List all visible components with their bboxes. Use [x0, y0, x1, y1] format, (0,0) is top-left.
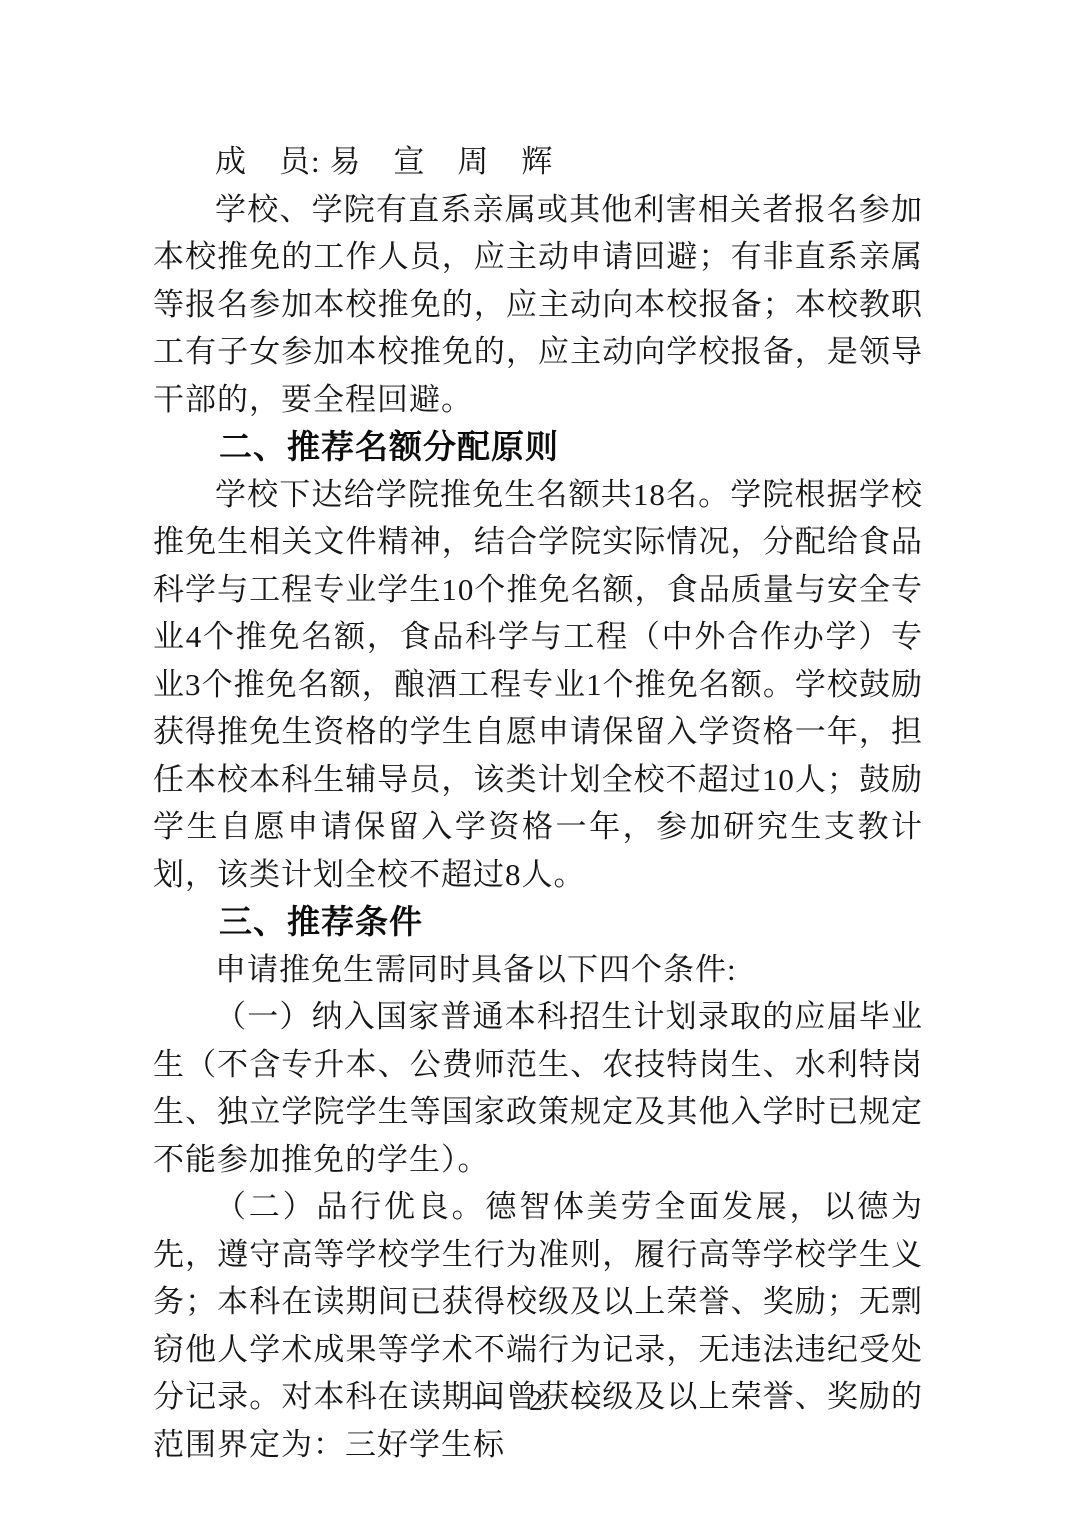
quota-allocation-paragraph: 学校下达给学院推免生名额共18名。学院根据学校推免生相关文件精神，结合学院实际情…	[153, 471, 923, 899]
condition-1-paragraph: （一）纳入国家普通本科招生计划录取的应届毕业生（不含专升本、公费师范生、农技特岗…	[153, 993, 923, 1183]
recusal-policy-paragraph: 学校、学院有直系亲属或其他利害相关者报名参加本校推免的工作人员，应主动申请回避；…	[153, 186, 923, 424]
section-2-heading: 二、推荐名额分配原则	[153, 423, 923, 471]
page-number: — 2 —	[0, 1386, 1074, 1418]
document-page: 成 员: 易 宣 周 辉 学校、学院有直系亲属或其他利害相关者报名参加本校推免的…	[0, 0, 1074, 1520]
committee-members-line: 成 员: 易 宣 周 辉	[153, 138, 923, 186]
condition-2-paragraph: （二）品行优良。德智体美劳全面发展，以德为先，遵守高等学校学生行为准则，履行高等…	[153, 1183, 923, 1468]
conditions-intro-line: 申请推免生需同时具备以下四个条件:	[153, 946, 923, 994]
document-body: 成 员: 易 宣 周 辉 学校、学院有直系亲属或其他利害相关者报名参加本校推免的…	[153, 138, 923, 1468]
section-3-heading: 三、推荐条件	[153, 898, 923, 946]
